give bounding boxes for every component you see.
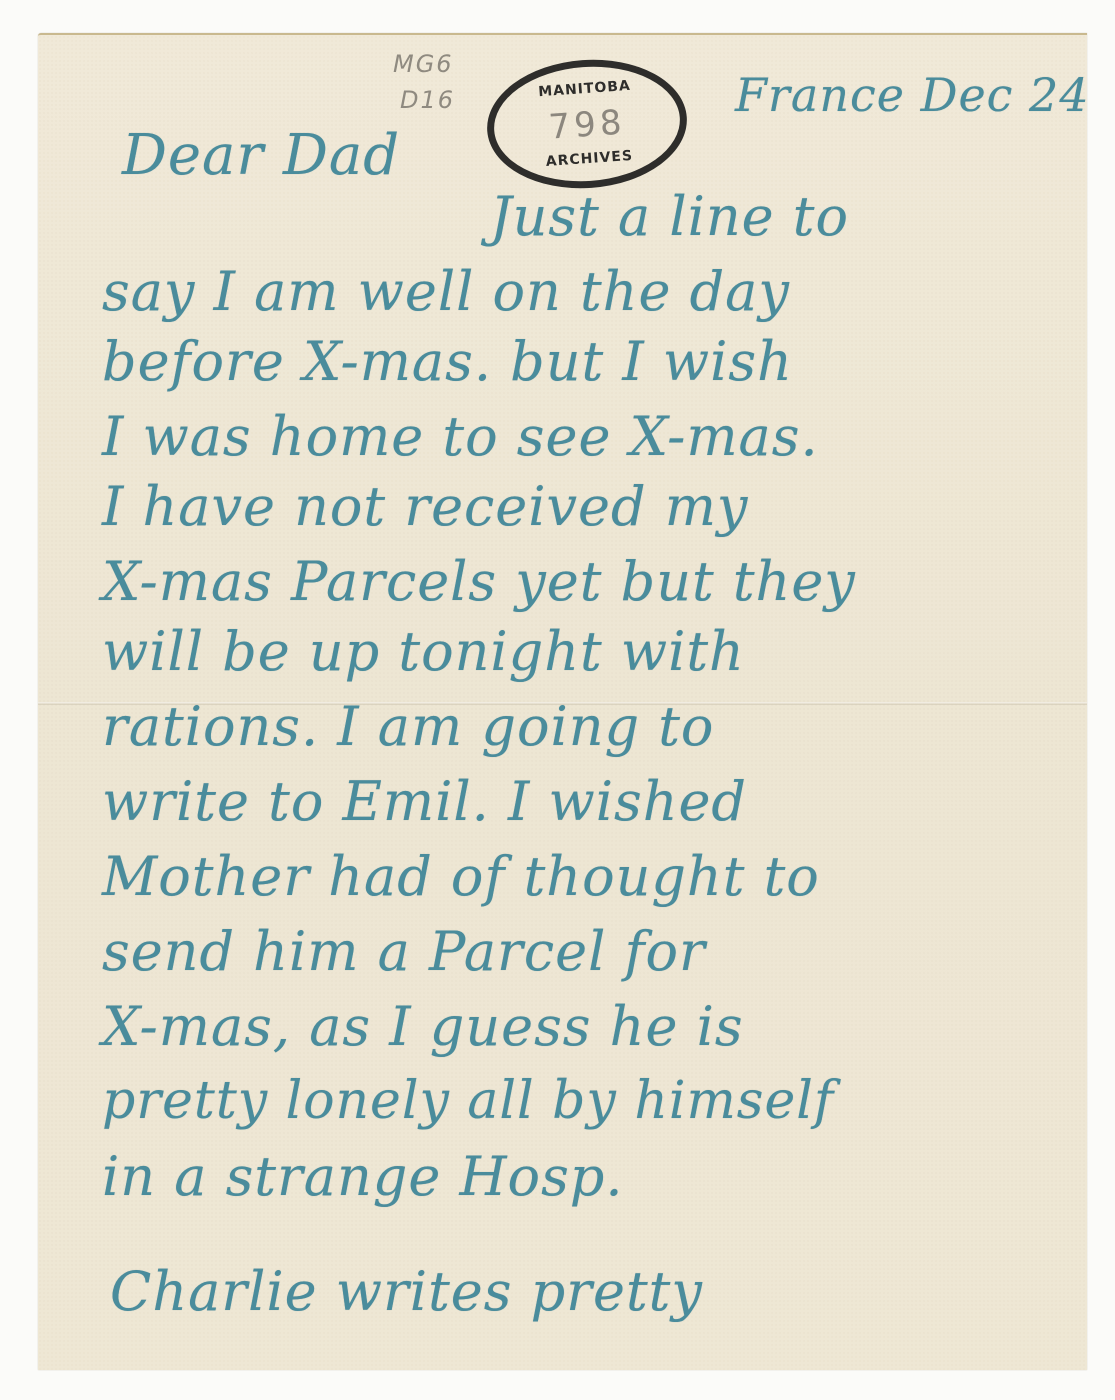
letter-line: send him a Parcel for [102,925,706,979]
letter-line: I have not received my [102,480,748,534]
letter-line: Charlie writes pretty [110,1265,703,1319]
letter-line: pretty lonely all by himself [102,1075,834,1127]
place-date: France Dec 24 [735,72,1090,118]
letter-line: rations. I am going to [102,700,714,754]
letter-line: write to Emil. I wished [102,775,747,829]
letter-line: say I am well on the day [102,265,790,319]
scanned-letter: MG6 D16 MANITOBA 798 ARCHIVES France Dec… [0,0,1115,1400]
letter-line: Just a line to [490,190,849,244]
stamp-institution: MANITOBA [491,75,678,104]
letter-line: in a strange Hosp. [102,1150,624,1204]
letter-line: before X-mas. but I wish [102,335,793,389]
letter-line: Mother had of thought to [102,850,820,904]
pencil-note-collection: MG6 [393,52,454,76]
stamp-number: 798 [493,99,681,152]
letter-line: X-mas Parcels yet but they [102,555,856,609]
salutation: Dear Dad [122,128,400,184]
pencil-note-series: D16 [400,88,455,112]
letter-line: will be up tonight with [102,625,745,679]
letter-line: X-mas, as I guess he is [102,1000,744,1054]
letter-line: I was home to see X-mas. [102,410,819,464]
